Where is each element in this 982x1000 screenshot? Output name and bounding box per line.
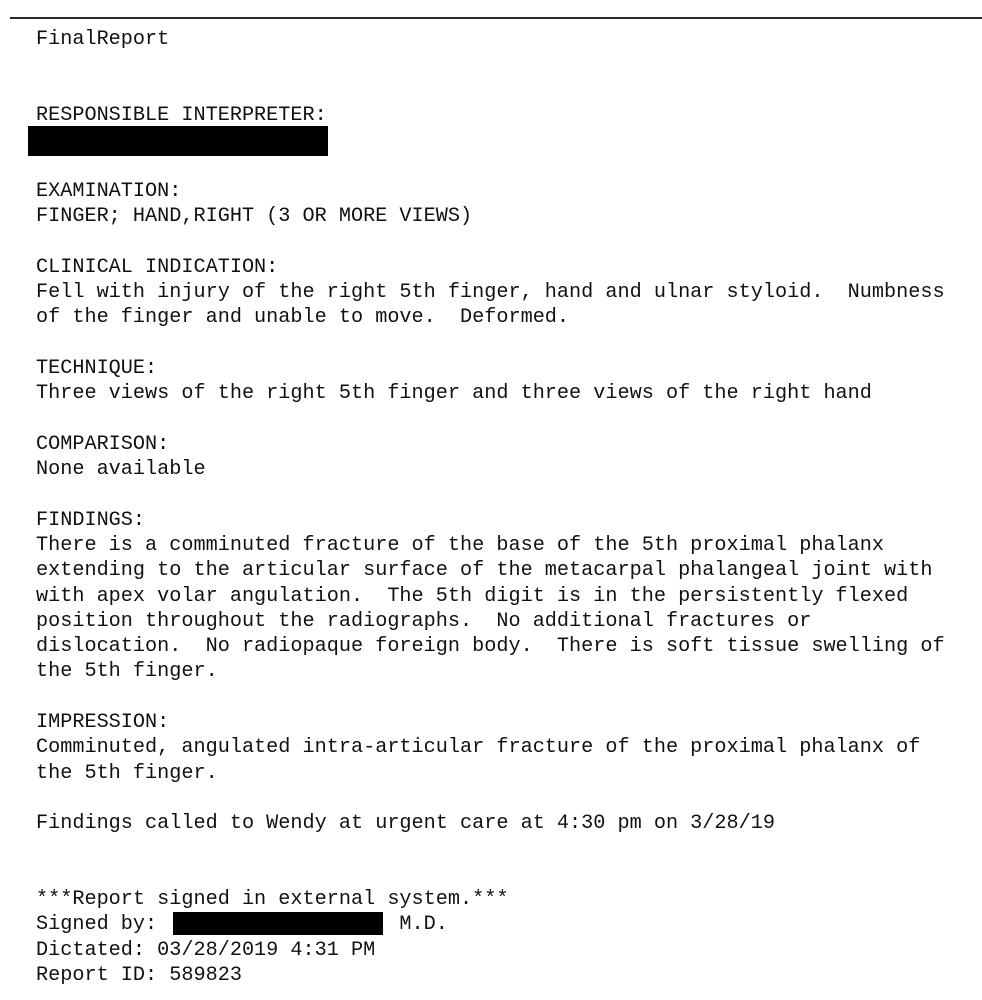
findings-text: There is a comminuted fracture of the ba… xyxy=(36,533,966,558)
technique-text: Three views of the right 5th finger and … xyxy=(36,381,966,406)
impression-label: IMPRESSION: xyxy=(36,710,966,735)
examination-text: FINGER; HAND,RIGHT (3 OR MORE VIEWS) xyxy=(36,204,966,229)
signed-note: ***Report signed in external system.*** xyxy=(36,887,966,912)
signer-name-redacted xyxy=(173,912,383,935)
clinical-indication-text: of the finger and unable to move. Deform… xyxy=(36,305,966,330)
signed-by-suffix: M.D. xyxy=(399,913,447,936)
findings-text: dislocation. No radiopaque foreign body.… xyxy=(36,634,966,659)
technique-label: TECHNIQUE: xyxy=(36,356,966,381)
dictated-timestamp: Dictated: 03/28/2019 4:31 PM xyxy=(36,938,966,963)
findings-text: the 5th finger. xyxy=(36,659,966,684)
communication-note: Findings called to Wendy at urgent care … xyxy=(36,811,966,836)
impression-text: the 5th finger. xyxy=(36,761,966,786)
report-id: Report ID: 589823 xyxy=(36,963,966,988)
impression-text: Comminuted, angulated intra-articular fr… xyxy=(36,735,966,760)
findings-label: FINDINGS: xyxy=(36,508,966,533)
examination-label: EXAMINATION: xyxy=(36,179,966,204)
report-title: FinalReport xyxy=(36,27,966,52)
findings-text: extending to the articular surface of th… xyxy=(36,558,966,583)
comparison-text: None available xyxy=(36,457,966,482)
clinical-indication-text: Fell with injury of the right 5th finger… xyxy=(36,280,966,305)
signed-by-line: Signed by: M.D. xyxy=(36,912,966,937)
top-divider xyxy=(10,17,982,19)
findings-text: position throughout the radiographs. No … xyxy=(36,609,966,634)
radiology-report: FinalReport RESPONSIBLE INTERPRETER: EXA… xyxy=(36,27,966,988)
findings-text: with apex volar angulation. The 5th digi… xyxy=(36,584,966,609)
interpreter-name-redacted xyxy=(28,126,328,156)
interpreter-label: RESPONSIBLE INTERPRETER: xyxy=(36,103,966,128)
clinical-indication-label: CLINICAL INDICATION: xyxy=(36,255,966,280)
signed-by-label: Signed by: xyxy=(36,913,157,936)
comparison-label: COMPARISON: xyxy=(36,432,966,457)
